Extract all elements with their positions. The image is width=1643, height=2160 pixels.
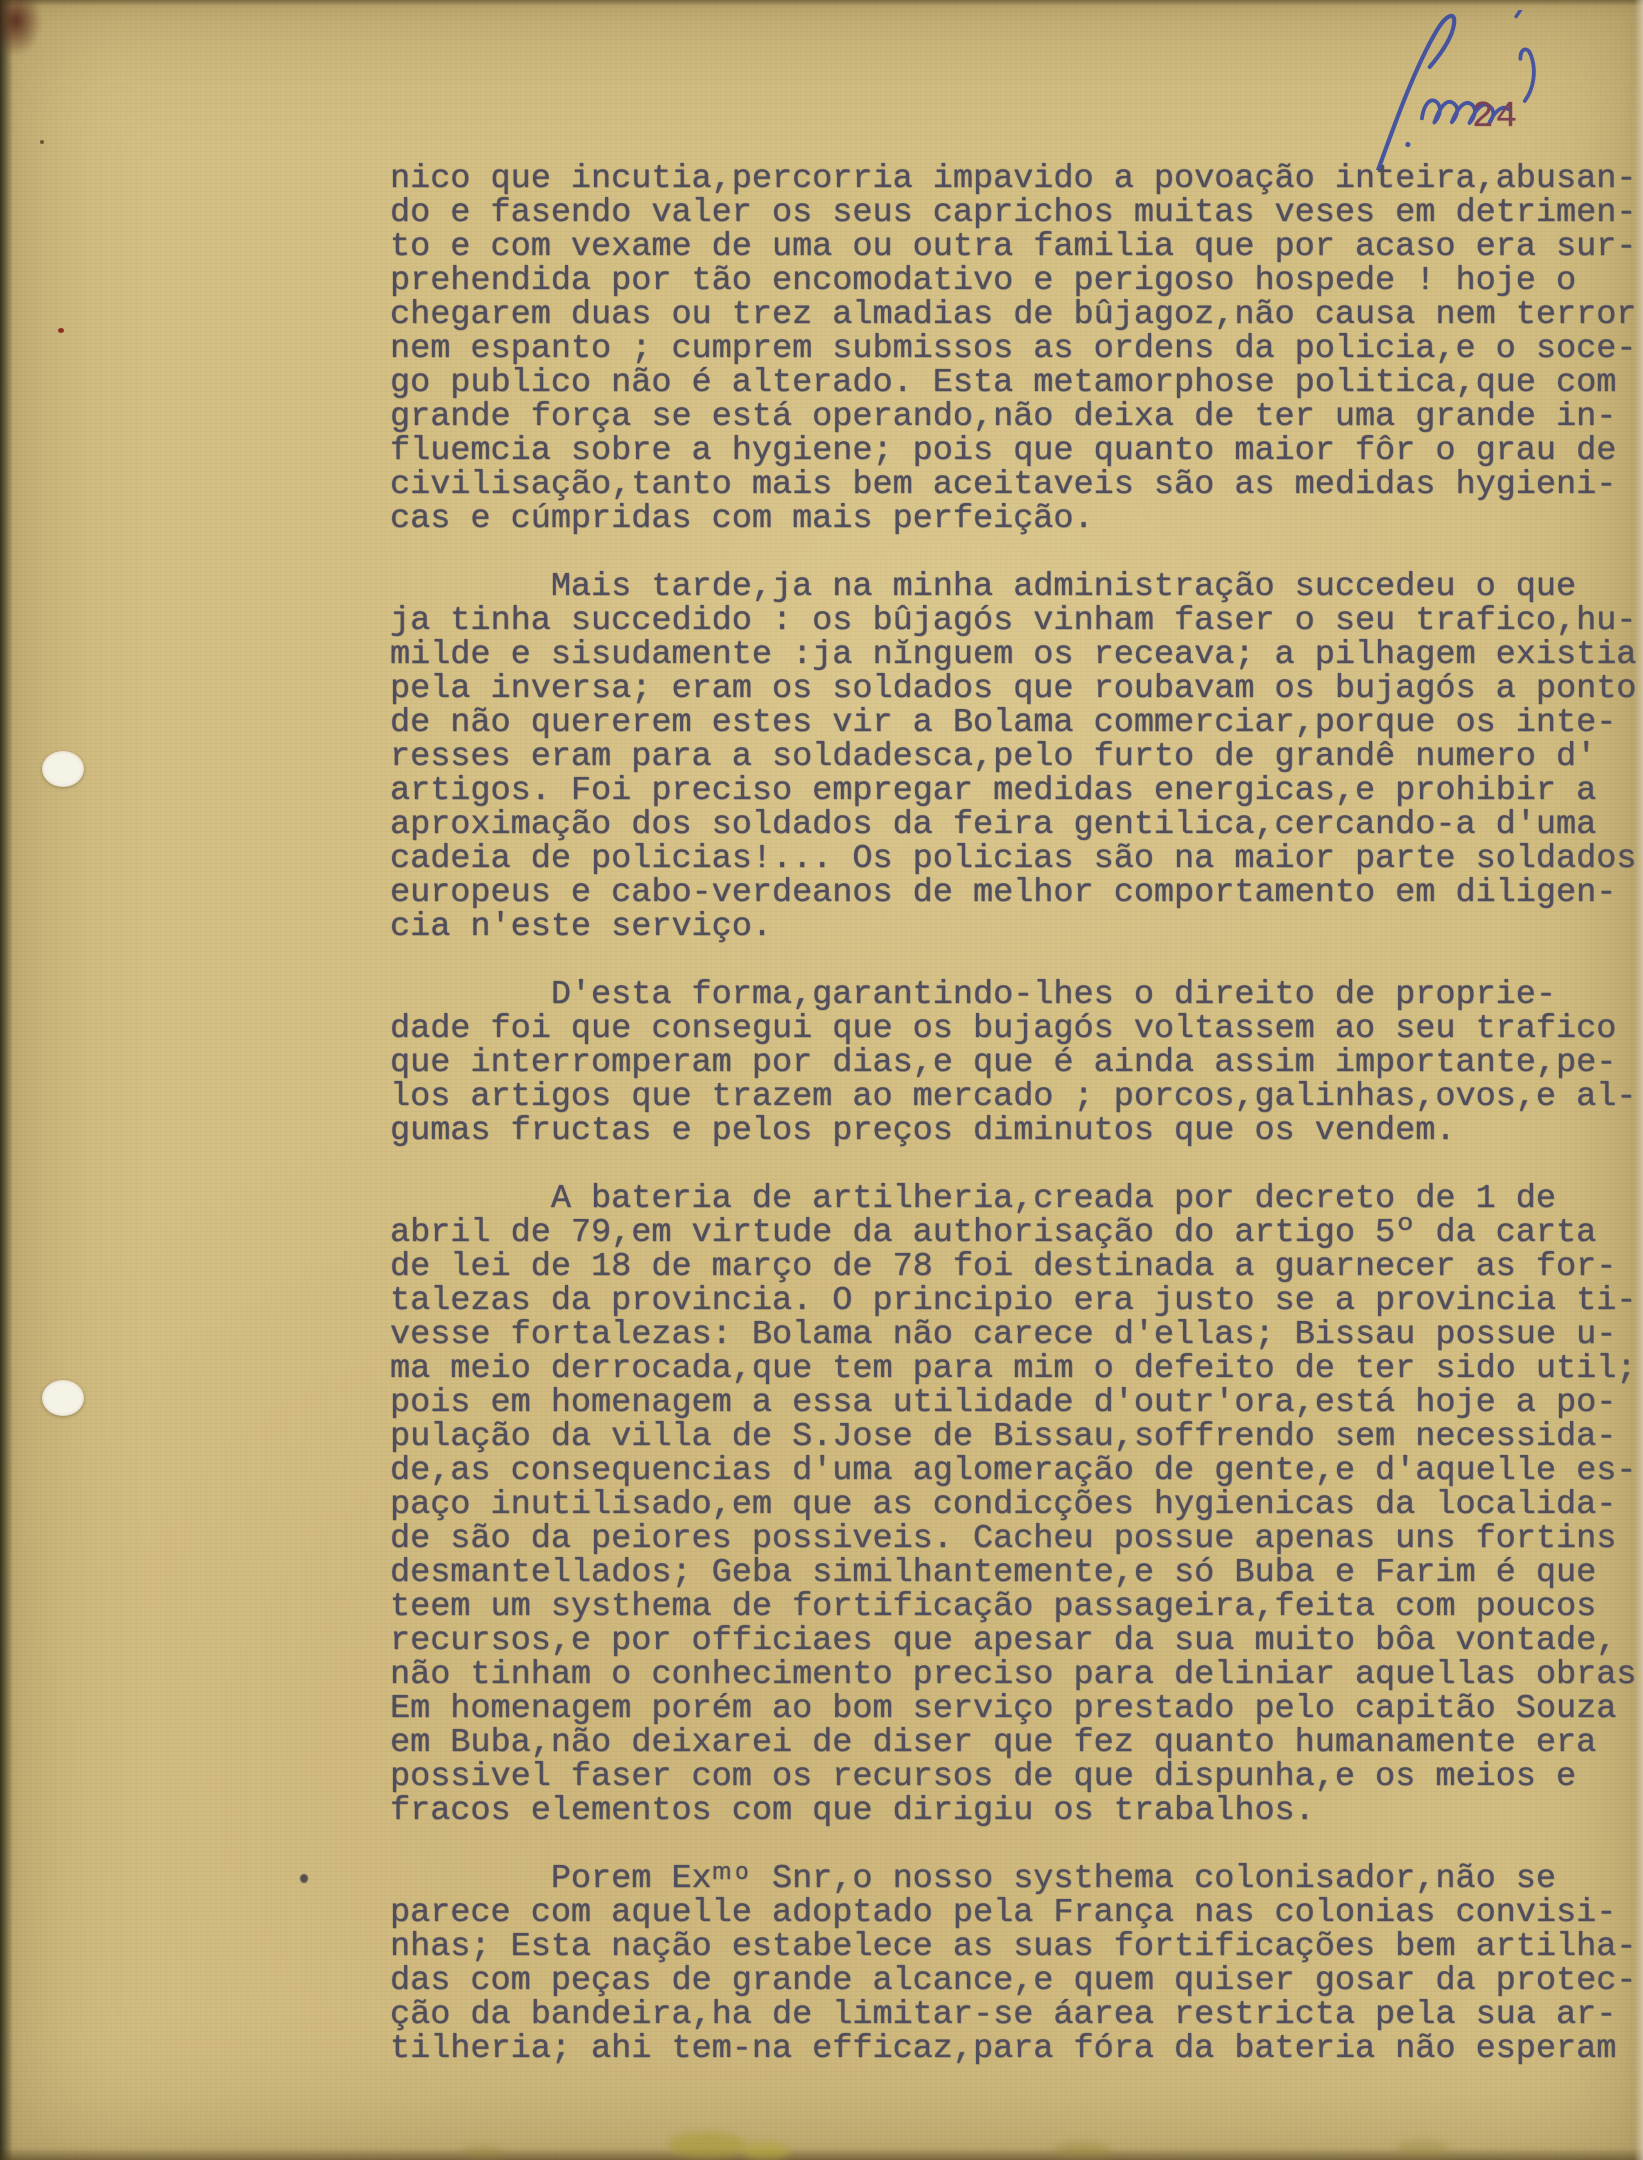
- handwritten-signature: [1328, 10, 1578, 170]
- paper-stain: [742, 2142, 790, 2160]
- corner-stain: [0, 0, 42, 56]
- paper-stain: [1396, 2140, 1448, 2156]
- paper-stain: [1054, 2142, 1110, 2158]
- page-top-edge-shadow: [0, 0, 1643, 6]
- typewritten-text: nico que incutia,percorria impavido a po…: [390, 162, 1636, 2066]
- ink-speck: [40, 140, 44, 144]
- paper-stain: [668, 2132, 746, 2158]
- punch-hole: [42, 1380, 84, 1416]
- ink-speck: [58, 328, 64, 333]
- page-number: 24: [1472, 96, 1519, 137]
- punch-hole: [42, 751, 84, 787]
- paper-stain: [462, 2146, 502, 2158]
- scanned-document-page: 24 nico que incutia,percorria impavido a…: [0, 0, 1643, 2160]
- page-left-edge-shadow: [0, 0, 13, 2160]
- ink-speck: [300, 1874, 308, 1883]
